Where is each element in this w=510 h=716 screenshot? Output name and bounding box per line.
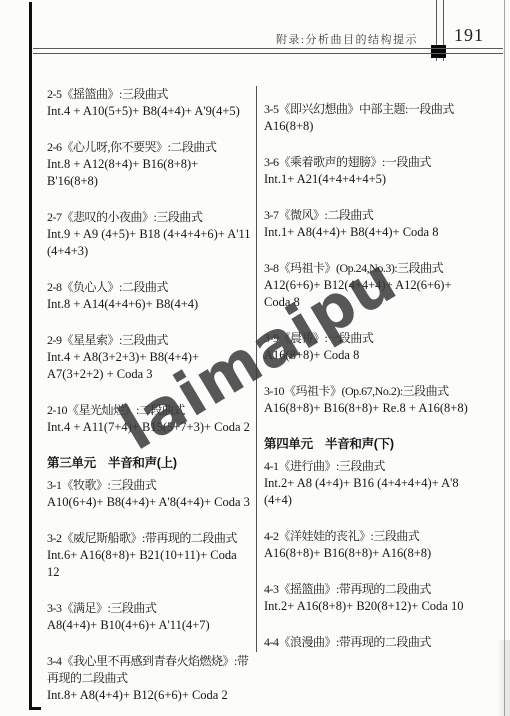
column-left: 2-5《摇篮曲》:三段曲式Int.4 + A10(5+5)+ B8(4+4)+ … bbox=[47, 86, 252, 716]
entry: 3-7《微风》:二段曲式Int.1+ A8(4+4)+ B8(4+4)+ Cod… bbox=[264, 207, 469, 241]
entry-formula: Int.4 + A11(7+4)+ B15(5+7+3)+ Coda 2 bbox=[47, 419, 252, 436]
entry: 2-9《星星索》:三段曲式Int.4 + A8(3+2+3)+ B8(4+4)+… bbox=[47, 332, 252, 383]
entry: 2-5《摇篮曲》:三段曲式Int.4 + A10(5+5)+ B8(4+4)+ … bbox=[47, 86, 252, 120]
section-heading: 第三单元 半音和声(上) bbox=[47, 455, 252, 472]
page-number: 191 bbox=[454, 25, 484, 46]
entry: 2-10《星光灿烂》:二段曲式Int.4 + A11(7+4)+ B15(5+7… bbox=[47, 402, 252, 436]
entry-title: 3-6《乘着歌声的翅膀》:一段曲式 bbox=[264, 154, 469, 171]
page-right-edge-line bbox=[504, 0, 505, 716]
entry-formula: Int.2+ A16(8+8)+ B20(8+12)+ Coda 10 bbox=[264, 598, 469, 615]
entry-formula: Int.8 + A14(4+4+6)+ B8(4+4) bbox=[47, 296, 252, 313]
entry: 3-10《玛祖卡》(Op.67,No.2):三段曲式A16(8+8)+ B16(… bbox=[264, 383, 469, 417]
entry-title: 2-7《悲叹的小夜曲》:三段曲式 bbox=[47, 209, 252, 226]
entry: 2-8《负心人》:二段曲式Int.8 + A14(4+4+6)+ B8(4+4) bbox=[47, 279, 252, 313]
spine-line-foot bbox=[29, 707, 41, 710]
entry-formula: A16(8+8)+ B16(8+8)+ Re.8 + A16(8+8) bbox=[264, 400, 469, 417]
entry: 3-3《满足》:三段曲式A8(4+4)+ B10(4+6)+ A'11(4+7) bbox=[47, 600, 252, 634]
header-rule-bottom bbox=[33, 53, 503, 54]
entry-title: 4-4《浪漫曲》:带再现的二段曲式 bbox=[264, 634, 469, 651]
spine-line bbox=[29, 2, 32, 710]
entry: 3-6《乘着歌声的翅膀》:一段曲式Int.1+ A21(4+4+4+4+5) bbox=[264, 154, 469, 188]
entry-title: 3-10《玛祖卡》(Op.67,No.2):三段曲式 bbox=[264, 383, 469, 400]
entry-title: 3-4《我心里不再感到青春火焰燃烧》:带再现的二段曲式 bbox=[47, 653, 252, 687]
entry-title: 3-8《玛祖卡》(Op.24,No.3):三段曲式 bbox=[264, 260, 469, 277]
entry-formula: A8(4+4)+ B10(4+6)+ A'11(4+7) bbox=[47, 617, 252, 634]
header-square-marker bbox=[431, 45, 446, 58]
entry-formula: A16(8+8)+ Coda 8 bbox=[264, 347, 469, 364]
section-heading: 第四单元 半音和声(下) bbox=[264, 436, 469, 453]
entry-title: 2-6《心儿呀,你不要哭》:二段曲式 bbox=[47, 139, 252, 156]
book-page: 附录:分析曲目的结构提示 191 2-5《摇篮曲》:三段曲式Int.4 + A1… bbox=[0, 0, 510, 716]
entry-formula: Int.1+ A8(4+4)+ B8(4+4)+ Coda 8 bbox=[264, 224, 469, 241]
entry: 2-7《悲叹的小夜曲》:三段曲式Int.9 + A9 (4+5)+ B18 (4… bbox=[47, 209, 252, 260]
entry-formula: Int.4 + A10(5+5)+ B8(4+4)+ A'9(4+5) bbox=[47, 103, 252, 120]
entry-title: 2-10《星光灿烂》:二段曲式 bbox=[47, 402, 252, 419]
entry-title: 4-1《进行曲》:三段曲式 bbox=[264, 458, 469, 475]
entry: 4-1《进行曲》:三段曲式Int.2+ A8 (4+4)+ B16 (4+4+4… bbox=[264, 458, 469, 509]
entry-formula: A12(6+6)+ B12(4+4+4)+ A12(6+6)+ Coda 8 bbox=[264, 277, 469, 311]
entry-title: 2-9《星星索》:三段曲式 bbox=[47, 332, 252, 349]
entry-title: 2-5《摇篮曲》:三段曲式 bbox=[47, 86, 252, 103]
entry: 2-6《心儿呀,你不要哭》:二段曲式Int.8 + A12(8+4)+ B16(… bbox=[47, 139, 252, 190]
entry: 3-8《玛祖卡》(Op.24,No.3):三段曲式A12(6+6)+ B12(4… bbox=[264, 260, 469, 311]
entry: 3-5《即兴幻想曲》中部主题:一段曲式A16(8+8) bbox=[264, 101, 469, 135]
entry-formula: Int.1+ A21(4+4+4+4+5) bbox=[264, 171, 469, 188]
entry: 4-3《摇篮曲》:带再现的二段曲式Int.2+ A16(8+8)+ B20(8+… bbox=[264, 581, 469, 615]
entry-title: 3-9《晨祷》:一段曲式 bbox=[264, 330, 469, 347]
content-area: 2-5《摇篮曲》:三段曲式Int.4 + A10(5+5)+ B8(4+4)+ … bbox=[47, 86, 475, 716]
entry: 4-2《洋娃娃的丧礼》:三段曲式A16(8+8)+ B16(8+8)+ A16(… bbox=[264, 528, 469, 562]
entry-formula: Int.6+ A16(8+8)+ B21(10+11)+ Coda 12 bbox=[47, 547, 252, 581]
entry-formula: Int.8 + A12(8+4)+ B16(8+8)+ B'16(8+8) bbox=[47, 156, 252, 190]
entry-title: 4-2《洋娃娃的丧礼》:三段曲式 bbox=[264, 528, 469, 545]
entry-formula: Int.4 + A8(3+2+3)+ B8(4+4)+ A7(3+2+2) + … bbox=[47, 349, 252, 383]
entry-formula: Int.8+ A8(4+4)+ B12(6+6)+ Coda 2 bbox=[47, 687, 252, 704]
entry-title: 3-5《即兴幻想曲》中部主题:一段曲式 bbox=[264, 101, 469, 118]
entry-title: 3-2《威尼斯船歌》:带再现的二段曲式 bbox=[47, 530, 252, 547]
entry-formula: A16(8+8)+ B16(8+8)+ A16(8+8) bbox=[264, 545, 469, 562]
entry: 3-9《晨祷》:一段曲式A16(8+8)+ Coda 8 bbox=[264, 330, 469, 364]
entry-formula: Int.9 + A9 (4+5)+ B18 (4+4+4+6)+ A'11 (4… bbox=[47, 226, 252, 260]
column-right: 3-5《即兴幻想曲》中部主题:一段曲式A16(8+8)3-6《乘着歌声的翅膀》:… bbox=[257, 86, 469, 716]
header-rule-top bbox=[33, 48, 503, 49]
entry: 3-2《威尼斯船歌》:带再现的二段曲式Int.6+ A16(8+8)+ B21(… bbox=[47, 530, 252, 581]
entry-title: 3-3《满足》:三段曲式 bbox=[47, 600, 252, 617]
entry: 3-1《牧歌》:三段曲式A10(6+4)+ B8(4+4)+ A'8(4+4)+… bbox=[47, 477, 252, 511]
entry-title: 2-8《负心人》:二段曲式 bbox=[47, 279, 252, 296]
entry-title: 3-7《微风》:二段曲式 bbox=[264, 207, 469, 224]
entry-formula: A16(8+8) bbox=[264, 118, 469, 135]
entry-title: 3-1《牧歌》:三段曲式 bbox=[47, 477, 252, 494]
entry: 3-4《我心里不再感到青春火焰燃烧》:带再现的二段曲式Int.8+ A8(4+4… bbox=[47, 653, 252, 704]
entry-title: 4-3《摇篮曲》:带再现的二段曲式 bbox=[264, 581, 469, 598]
entry-formula: Int.2+ A8 (4+4)+ B16 (4+4+4+4)+ A'8 (4+4… bbox=[264, 475, 469, 509]
scan-corner-shade bbox=[496, 640, 510, 716]
entry: 4-4《浪漫曲》:带再现的二段曲式 bbox=[264, 634, 469, 651]
entry-formula: A10(6+4)+ B8(4+4)+ A'8(4+4)+ Coda 3 bbox=[47, 494, 252, 511]
running-header: 附录:分析曲目的结构提示 bbox=[276, 31, 418, 47]
